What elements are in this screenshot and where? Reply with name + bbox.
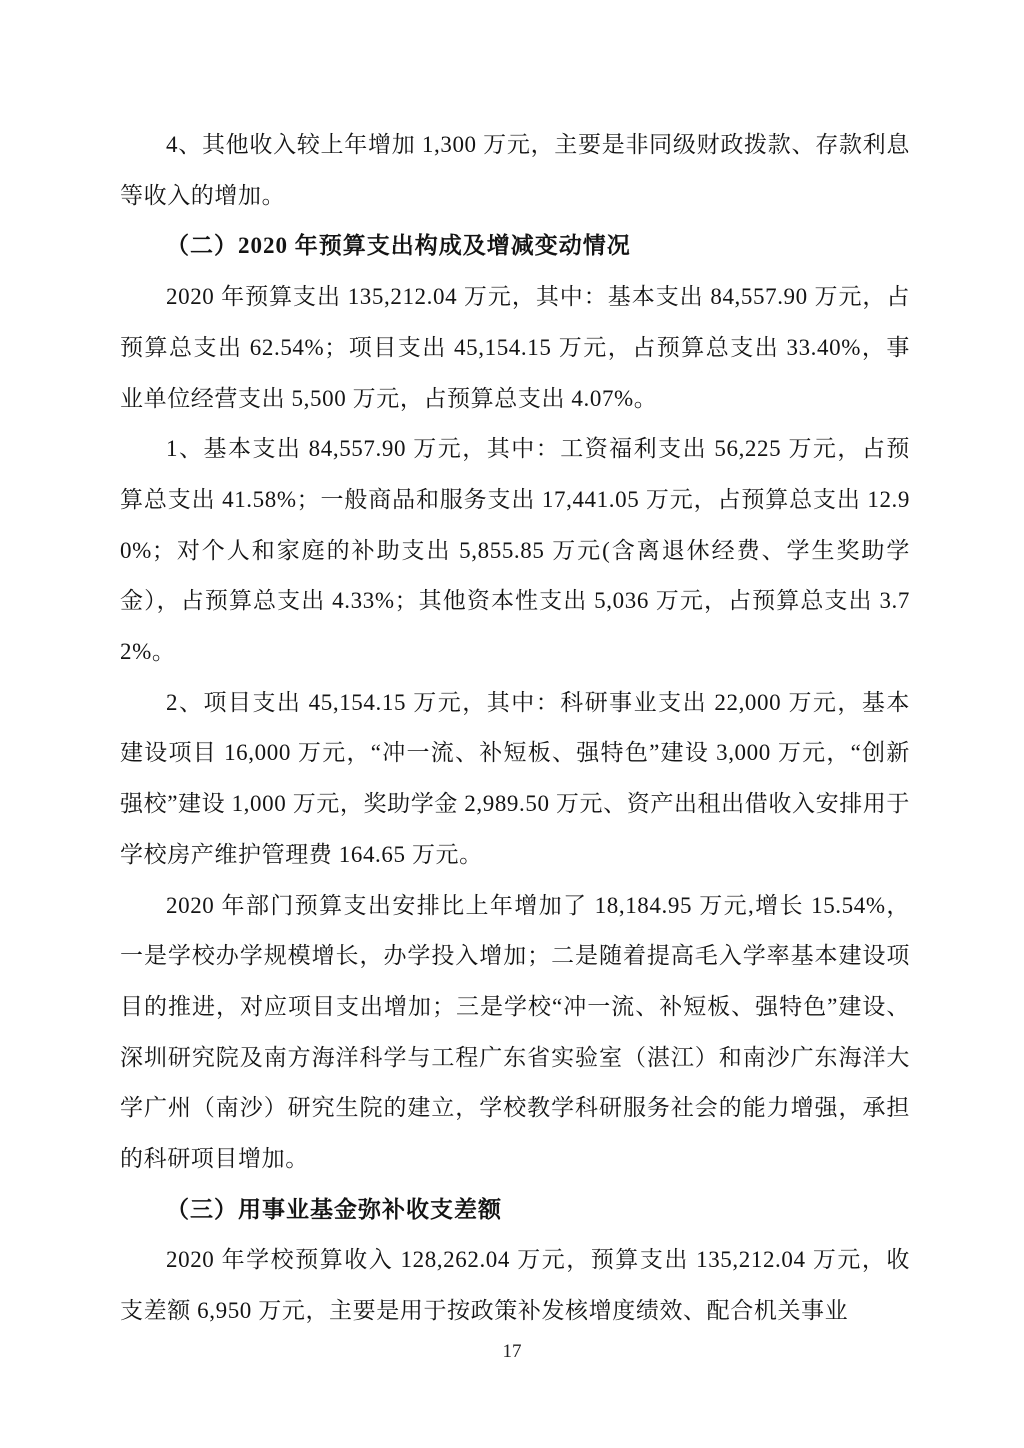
paragraph-other-income: 4、其他收入较上年增加 1,300 万元，主要是非同级财政拨款、存款利息等收入的… [120,120,910,221]
page-content: 4、其他收入较上年增加 1,300 万元，主要是非同级财政拨款、存款利息等收入的… [120,120,910,1337]
section-heading-2020-expenditure: （二）2020 年预算支出构成及增减变动情况 [120,221,910,272]
document-page: 4、其他收入较上年增加 1,300 万元，主要是非同级财政拨款、存款利息等收入的… [0,0,1024,1448]
paragraph-project-expenditure: 2、项目支出 45,154.15 万元，其中：科研事业支出 22,000 万元，… [120,678,910,881]
paragraph-basic-expenditure: 1、基本支出 84,557.90 万元，其中：工资福利支出 56,225 万元，… [120,424,910,678]
paragraph-revenue-deficit: 2020 年学校预算收入 128,262.04 万元，预算支出 135,212.… [120,1235,910,1336]
page-number: 17 [0,1340,1024,1364]
paragraph-expenditure-increase: 2020 年部门预算支出安排比上年增加了 18,184.95 万元,增长 15.… [120,881,910,1185]
section-heading-fund-deficit: （三）用事业基金弥补收支差额 [120,1185,910,1236]
paragraph-expenditure-overview: 2020 年预算支出 135,212.04 万元，其中：基本支出 84,557.… [120,272,910,424]
